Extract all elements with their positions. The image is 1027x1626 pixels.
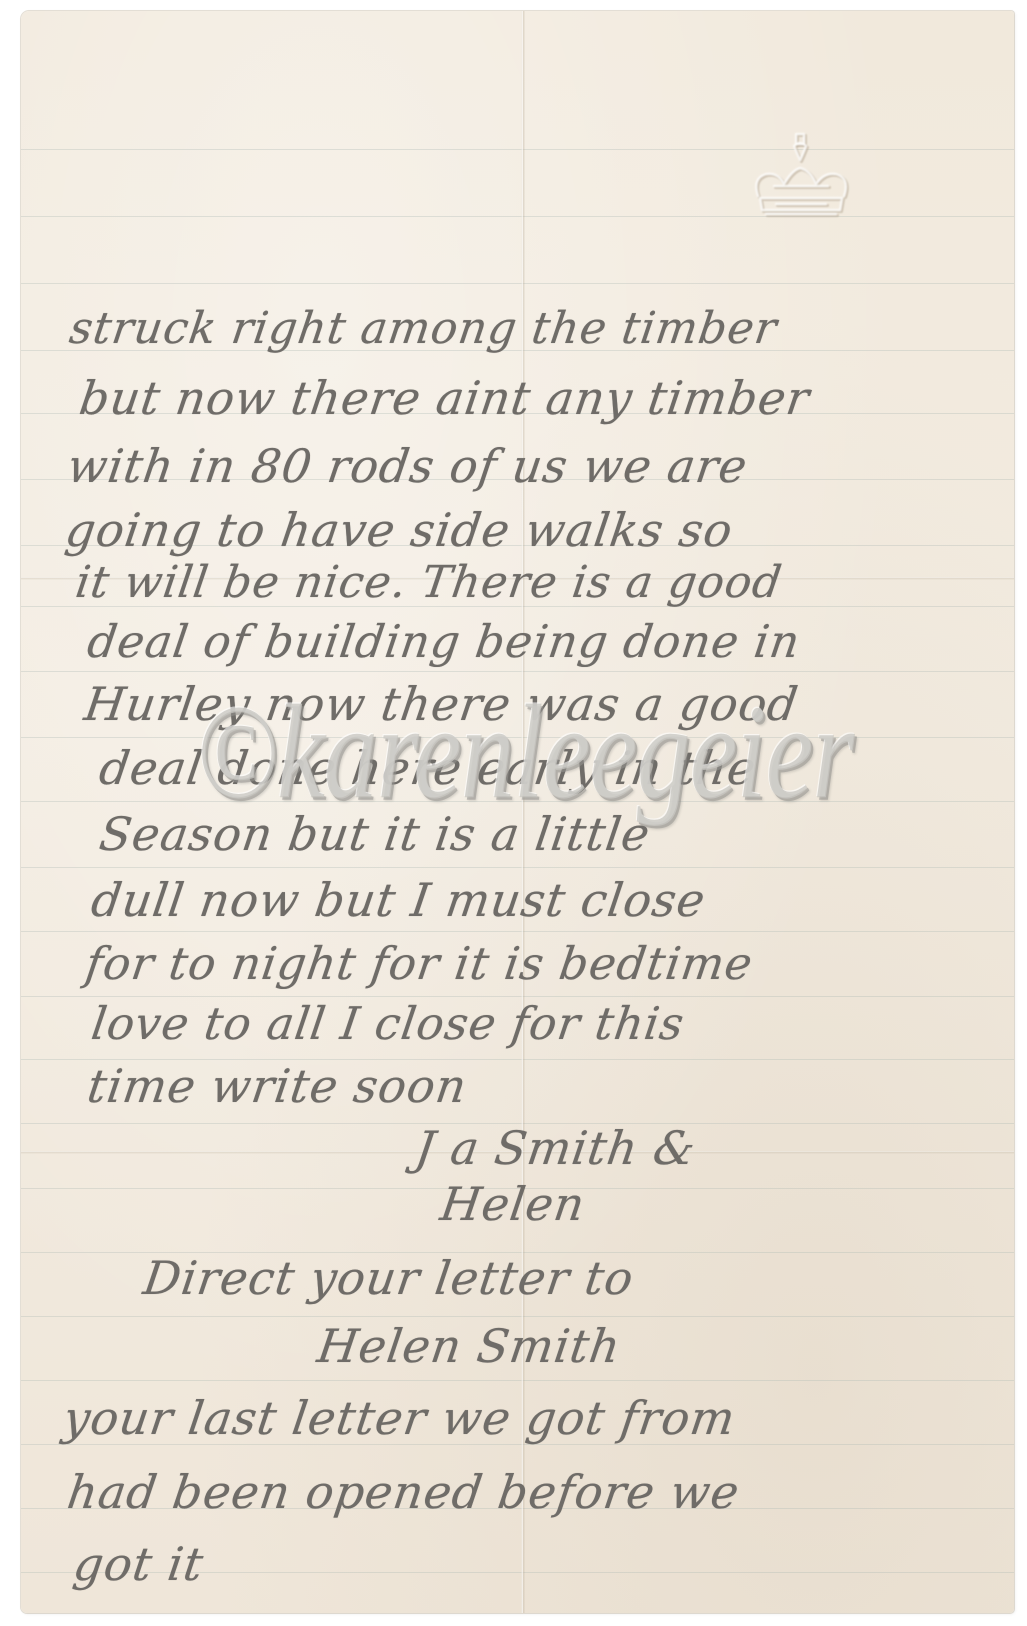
letter-line-4: going to have side walks so [62, 503, 736, 557]
signature-helen: Helen [437, 1177, 588, 1231]
postscript-line-2: Helen Smith [314, 1319, 624, 1373]
rule-line [21, 216, 1014, 217]
rule-line [21, 671, 1014, 672]
letter-line-11: for to night for it is bedtime [82, 937, 756, 990]
letter-line-13: time write soon [84, 1059, 470, 1113]
letter-page: struck right among the timber but now th… [21, 11, 1014, 1613]
rule-line [21, 931, 1014, 932]
crown-emboss-icon [746, 126, 856, 231]
letter-line-6: deal of building being done in [84, 615, 803, 668]
rule-line [21, 867, 1014, 868]
postscript-line-1: Direct your letter to [140, 1251, 637, 1305]
signature-name: J a Smith & [412, 1121, 699, 1175]
letter-line-10: dull now but I must close [88, 873, 709, 927]
postscript-line-4: had been opened before we [64, 1465, 743, 1519]
rule-line [21, 149, 1014, 150]
rule-line [21, 1380, 1014, 1381]
postscript-line-5: got it [70, 1537, 207, 1591]
postscript-line-3: your last letter we got from [60, 1391, 739, 1445]
letter-line-12: love to all I close for this [88, 997, 688, 1050]
rule-line [21, 1316, 1014, 1317]
rule-line [21, 283, 1014, 284]
letter-line-1: struck right among the timber [66, 303, 780, 354]
letter-line-3: with in 80 rods of us we are [64, 439, 751, 493]
copyright-watermark: ©karenleegeier [196, 676, 854, 831]
letter-line-2: but now there aint any timber [76, 371, 813, 425]
letter-line-5: it will be nice. There is a good [72, 557, 785, 608]
